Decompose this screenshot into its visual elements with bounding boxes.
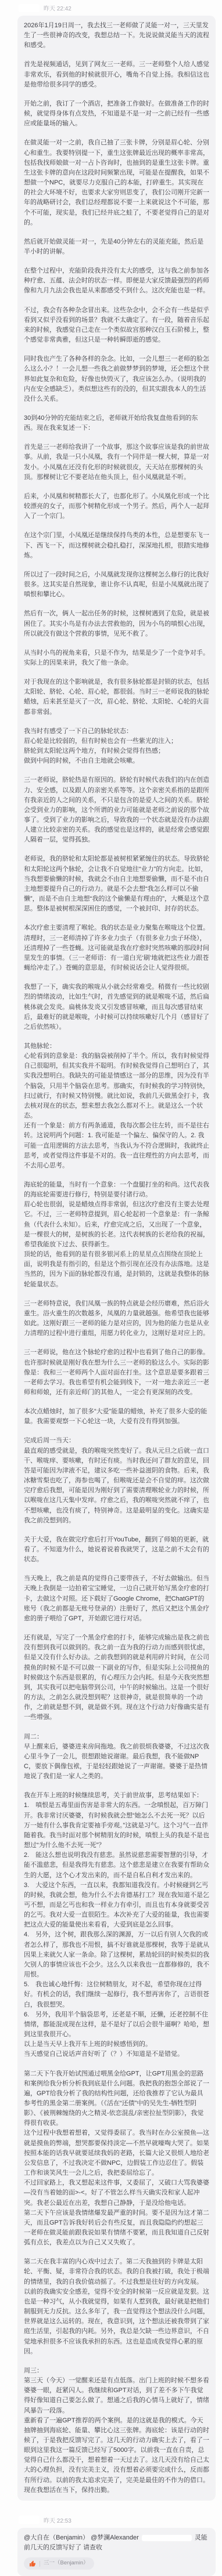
mention-menglan-alexander[interactable]: @梦澜Alexander bbox=[91, 2534, 139, 2541]
message-group-2: 昨天 22:53 @大自在（Benjamin） @梦澜Alexander 灵能前… bbox=[0, 2516, 222, 2576]
message-paragraph: 在做灵能一对一之前，我自己抽了三张卡牌，分别是眉心轮、分别心和重生。我要特别提一… bbox=[24, 138, 209, 227]
message-paragraph: 对于我现在的这个影响就是，我有很多脉轮都是封锁的状态，包括太阳轮、脐轮、心轮、眉… bbox=[24, 677, 209, 717]
timestamp-row-1: 昨天 22:42 bbox=[19, 3, 222, 12]
reaction-user-label: 三一（Benjamin） bbox=[44, 2559, 89, 2568]
message-paragraph: 首先是视频通话，见到了网友三一老师。三一老师整个人给人感觉非常欢乐，看到他的时候… bbox=[24, 60, 209, 89]
message-paragraph: 周二： 早上醒来后，婆婆进来房间拖地。我之前很烦我婆婆，不过这次我心里斗争了一会… bbox=[24, 1732, 209, 1782]
message-paragraph: 我想了一下，确实我的喉咙从小就会经常难受。稍微有一些比较剧烈的情绪波动，比如生气… bbox=[24, 982, 209, 1032]
message-paragraph: 在整个过程中，充能阶段我并没有太大的感受，这与我之前参加各种疗愈、五蕴、法会时的… bbox=[24, 266, 209, 296]
message-paragraph: 30到40分钟的充能结束之后，老师就开始给我复盘他看到的东西。现在我来复述一下： bbox=[24, 413, 209, 433]
message-paragraph: 在这个宗门里，小凤凰还是继续保持鸟类的本性，总是想要东飞一下、西飞一下，而这棵树… bbox=[24, 531, 209, 560]
message-paragraph: 周三： 第三天（今天）一觉醒来还是有点低落。出门上班的时候不想多看婆婆一眼，赶紧… bbox=[24, 2366, 209, 2495]
message-1-paragraphs: 2026年1月19日周一，我去找三一老师做了灵能一对一，三天里发生了一些很神奇的… bbox=[24, 21, 209, 2495]
message-2-timestamp: 昨天 22:53 bbox=[44, 2516, 71, 2524]
message-paragraph: 本次点蜡烛时，加了很多“大爱”能量的蜡烛，补充了很多大爱的能量。我需要观察一下心… bbox=[24, 1407, 209, 1427]
message-paragraph: 2026年1月19日周一，我去找三一老师做了灵能一对一，三天里发生了一些很神奇的… bbox=[24, 21, 209, 50]
message-paragraph: 所以过了一段时间之后，小凤凰就发现你这棵树怎么修行的比我好很多。这其实是自然现象… bbox=[24, 570, 209, 600]
sender-name-redaction bbox=[19, 2516, 40, 2524]
timestamp-row-2: 昨天 22:53 bbox=[19, 2516, 222, 2524]
message-2-text: @大自在（Benjamin） @梦澜Alexander 灵能前几天的反馈写好了 … bbox=[24, 2533, 209, 2553]
thumbs-up-icon bbox=[29, 2560, 36, 2567]
chat-conversation: 昨天 22:42 2026年1月19日周一，我去找三一老师做了灵能一对一，三天里… bbox=[0, 0, 222, 2576]
message-paragraph: 海底轮的能量，当时有一个意象：一个盘腿打坐的和尚。这代表我的海底轮需要进行修行，… bbox=[24, 1180, 209, 1290]
message-group-1: 昨天 22:42 2026年1月19日周一，我去找三一老师做了灵能一对一，三天里… bbox=[0, 3, 222, 2501]
message-paragraph: 还有就是，写完了一个黑金疗愈的打卡，能够完成输出是我之前也没有想到我可以做到的。… bbox=[24, 1633, 209, 1722]
message-paragraph: 其他脉轮： 心轮看到的意象是：我的脑袋被削掉了半个。所以，我有时候觉得自己很聪明… bbox=[24, 1042, 209, 1171]
message-paragraph: 关于大爱，我在做完疗愈后打开YouTube，翻到了师娘的更新，就看了。不知道为什… bbox=[24, 1535, 209, 1565]
inline-redaction bbox=[142, 2535, 192, 2541]
message-1-bubble[interactable]: 2026年1月19日周一，我去找三一老师做了灵能一对一，三天里发生了一些很神奇的… bbox=[17, 16, 216, 2501]
message-paragraph: 首先是三一老师给我讲了一个故事，那这个故事应该是我的前世故事。从前，我是一只小凤… bbox=[24, 442, 209, 482]
sender-name-redaction bbox=[19, 4, 40, 12]
message-paragraph: 从当时小鸟的视角来看，只是不作为，结果是少了一个竞争对手。实际上的因果来讲，我欠… bbox=[24, 648, 209, 668]
message-paragraph: 同时我也产生了各种各样的杂念。比如，一会儿想三一老师的脸怎么这么小？！一会儿想一… bbox=[24, 354, 209, 404]
message-paragraph: 我当时有感受了一下自己的脉轮状态： 眉心轮是比较弱的，但有时候也会有一些紫光的注… bbox=[24, 727, 209, 767]
message-paragraph: 当天晚上，我之前是真的觉得自己要带孩子，不好去做输出。但当天晚上我倒是一边拍着宝… bbox=[24, 1574, 209, 1624]
mention-dazizai[interactable]: @大自在（Benjamin） bbox=[24, 2534, 89, 2541]
message-paragraph: 第二天在我丰富的内心戏中过去了。第二天我抽到的卡牌是太阳轮、平衡、疑，非常符合我… bbox=[24, 2257, 209, 2357]
message-1-timestamp: 昨天 22:42 bbox=[44, 3, 71, 12]
message-paragraph: 三一老师说，他在这个脉轮疗愈的过程中也看到了他自己的影像。也许那时候就是刚好我在… bbox=[24, 1348, 209, 1398]
message-paragraph: 三一老师说，脐轮热是有原因的。脐轮有时候代表我们的内在创造力、安全感，以及跟人的… bbox=[24, 775, 209, 845]
message-2-bubble[interactable]: @大自在（Benjamin） @梦澜Alexander 灵能前几天的反馈写好了 … bbox=[17, 2528, 216, 2576]
message-paragraph: 三一老师特意说，我们凤凰一族的特点就是会经历磨难，然后浴火重生。浴火重生的次数越… bbox=[24, 1299, 209, 1339]
message-paragraph: 老师说，我的脐轮和太阳轮都是被树根紧紧缠住的状态。导致脐轮和太阳轮这两个脉轮，会… bbox=[24, 854, 209, 914]
message-paragraph: 然后有一次，俩人一起出任务的时候，这棵树遇到了危险，就是被困住了。其实小鸟是有办… bbox=[24, 609, 209, 638]
message-paragraph: 然后就开始做灵能一对一，先是40分钟左右的灵能充能，然后是半小时的讲解。 bbox=[24, 237, 209, 257]
message-paragraph: 后来，小凤凰和树精都长大了，也都化形了。小凤凰化形成一个比较漂亮的女子，而那个树… bbox=[24, 492, 209, 521]
message-paragraph: 不过，我会有各种杂念冒出来。这些杂念中，会不会有一些是似乎看到又似乎没看到的场景… bbox=[24, 306, 209, 346]
message-paragraph: 第二天下午我开始试图通过喂黑金给GPT，让GPT用黑金的思路和案例给我分析分析我… bbox=[24, 2069, 209, 2248]
message-paragraph: 我在开车上班的时候继续思考，关于前世故事，思考结果如下： 1. 嗔恨是五毒里面伤… bbox=[24, 1791, 209, 2059]
reaction-chip[interactable]: 三一（Benjamin） bbox=[24, 2557, 94, 2570]
message-paragraph: 完成后周一当天： 最直观的感受就是，我的喉咙突然变好了。我从元旦之后就一直口干、… bbox=[24, 1436, 209, 1525]
message-paragraph: 开始之前，我订了一个酒店，把准备工作做好。在做准备工作的时候，就觉得身体有点发热… bbox=[24, 99, 209, 129]
chip-divider bbox=[40, 2561, 40, 2567]
message-paragraph: 本次疗愈主要清理了喉轮。我的状态是业力聚集在喉咙这个位置。清理时，三一老师清掉了… bbox=[24, 923, 209, 973]
